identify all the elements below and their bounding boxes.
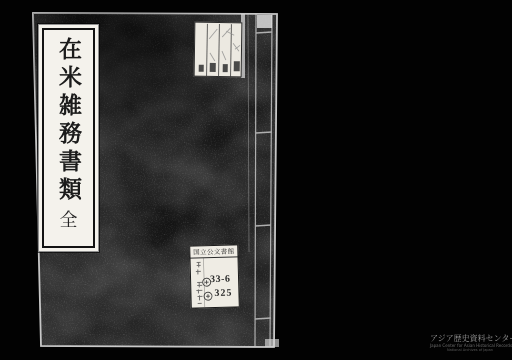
volume-marker: 全 — [44, 206, 93, 232]
archive-label: 国立公文書館 33-6 325 — [189, 244, 240, 308]
watermark-jp-text: アジア歴史資料センター — [430, 334, 510, 343]
title-slip-text: 在米雑務書類 — [52, 37, 85, 205]
jacar-watermark: アジア歴史資料センター Japan Center for Asian Histo… — [430, 334, 510, 353]
corner-highlight — [265, 339, 279, 347]
title-slip-border: 在米雑務書類 全 — [42, 28, 95, 248]
scanned-book-cover-page: 在米雑務書類 全 国立公文書館 — [0, 0, 512, 360]
classification-number: 33-6 — [210, 274, 231, 286]
title-slip: 在米雑務書類 全 — [38, 24, 99, 252]
item-number: 325 — [214, 288, 232, 299]
accession-stamp-columns — [195, 23, 244, 79]
spine-top-highlight — [257, 15, 272, 28]
watermark-en2-text: National Archives of Japan — [430, 348, 510, 353]
accession-stamp — [194, 22, 243, 78]
